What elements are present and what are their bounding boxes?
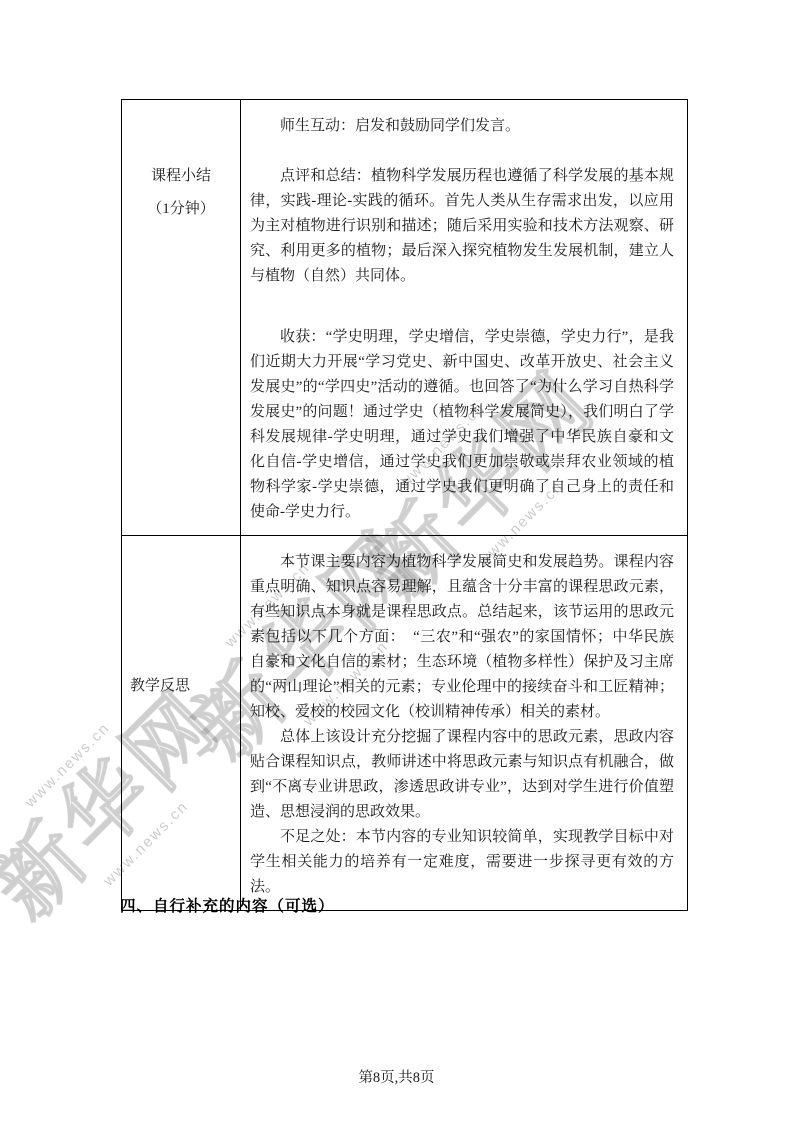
page-number: 第8页,共8页 xyxy=(0,1066,793,1087)
row-label-duration: （1分钟） xyxy=(122,197,240,222)
table-row-course-summary: 课程小结 （1分钟） 师生互动：启发和鼓励同学们发言。 点评和总结：植物科学发展… xyxy=(122,100,688,536)
paragraph-teacher-student-interaction: 师生互动：启发和鼓励同学们发言。 xyxy=(250,114,674,139)
row-label-line: 课程小结 xyxy=(122,164,240,189)
course-summary-content: 师生互动：启发和鼓励同学们发言。 点评和总结：植物科学发展历程也遵循了科学发展的… xyxy=(241,100,688,536)
row-label-course-summary: 课程小结 （1分钟） xyxy=(122,100,241,536)
row-label-line: 教学反思 xyxy=(130,674,240,699)
paragraph-gains: 收获：“学史明理，学史增信，学史崇德，学史力行”，是我们近期大力开展“学习党史、… xyxy=(250,325,674,525)
paragraph-reflection-overall: 总体上该设计充分挖掘了课程内容中的思政元素，思政内容贴合课程知识点，教师讲述中将… xyxy=(250,725,674,825)
section-heading: 四、自行补充的内容（可选） xyxy=(120,894,335,916)
paragraph-reflection-shortcomings: 不足之处：本节内容的专业知识较简单，实现教学目标中对学生相关能力的培养有一定难度… xyxy=(250,825,674,900)
row-label-teaching-reflection: 教学反思 xyxy=(122,536,241,911)
paragraph-comment-summary: 点评和总结：植物科学发展历程也遵循了科学发展的基本规律，实践-理论-实践的循环。… xyxy=(250,164,674,289)
teaching-reflection-content: 本节课主要内容为植物科学发展简史和发展趋势。课程内容重点明确、知识点容易理解，且… xyxy=(241,536,688,911)
document-page: www.news.cn 新华网 www.news.cn www.news.cn … xyxy=(0,0,793,1122)
lesson-plan-table: 课程小结 （1分钟） 师生互动：启发和鼓励同学们发言。 点评和总结：植物科学发展… xyxy=(121,99,688,911)
table-row-teaching-reflection: 教学反思 本节课主要内容为植物科学发展简史和发展趋势。课程内容重点明确、知识点容… xyxy=(122,536,688,911)
paragraph-reflection-overview: 本节课主要内容为植物科学发展简史和发展趋势。课程内容重点明确、知识点容易理解，且… xyxy=(250,550,674,725)
